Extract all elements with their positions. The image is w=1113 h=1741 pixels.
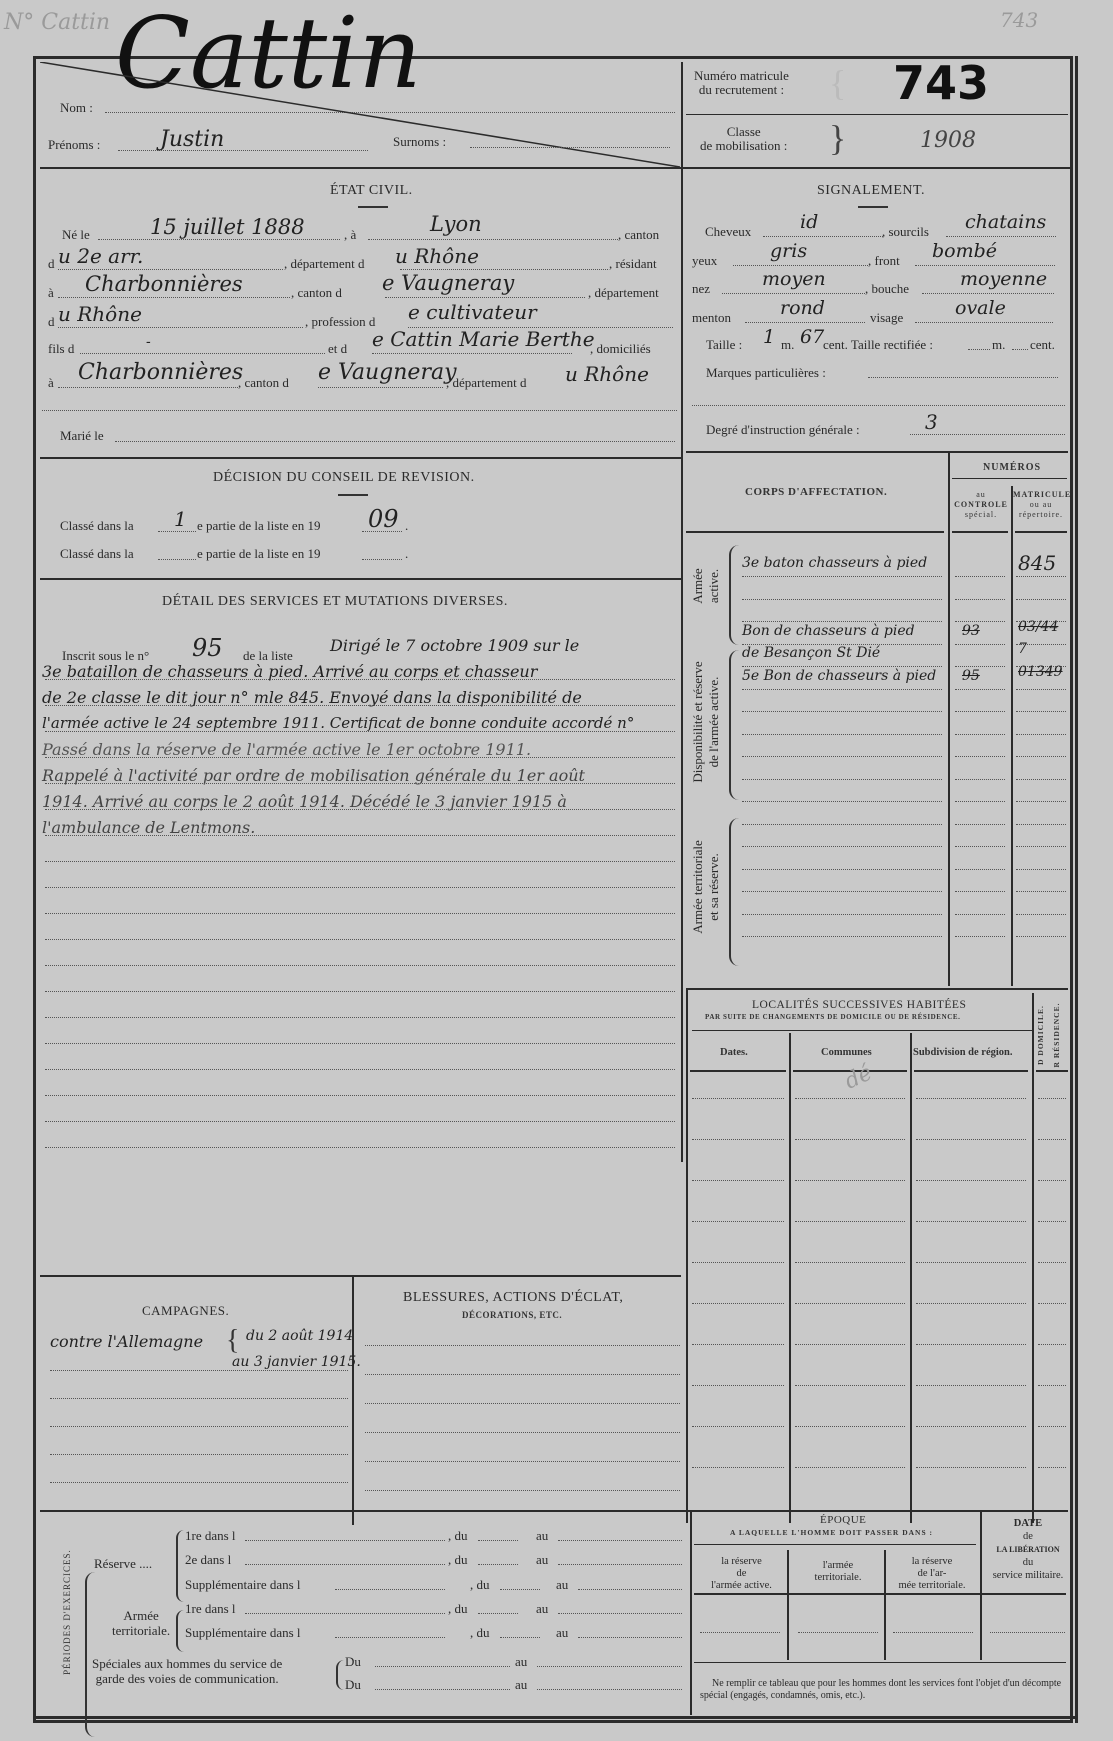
periodes-lieu-field[interactable] <box>335 1637 445 1638</box>
classe-value: 1908 <box>920 128 976 153</box>
margin-note-left: N° Cattin <box>4 10 110 35</box>
localites-subtitle: PAR SUITE DE CHANGEMENTS DE DOMICILE OU … <box>705 1013 961 1021</box>
periodes-lieu-field[interactable] <box>245 1540 445 1541</box>
prenoms-label: Prénoms : <box>48 137 100 153</box>
periodes-row-label: 1re dans l <box>185 1601 236 1617</box>
periodes-lieu-field[interactable] <box>375 1666 510 1667</box>
corps-value: Bon de chasseurs à pied <box>742 623 915 639</box>
epoque-col-reserve-active: la réservedel'armée active. <box>694 1556 789 1592</box>
services-title: DÉTAIL DES SERVICES ET MUTATIONS DIVERSE… <box>162 594 508 610</box>
localites-col-subdivision: Subdivision de région. <box>913 1047 1013 1058</box>
surnoms-label: Surnoms : <box>393 134 446 150</box>
periodes-lieu-field[interactable] <box>335 1589 445 1590</box>
localites-side-r: R RÉSIDENCE. <box>1052 1000 1061 1070</box>
decision-title: DÉCISION DU CONSEIL DE REVISION. <box>213 470 475 486</box>
corps-value: de Besançon St Dié <box>742 645 880 661</box>
periodes-du-field[interactable] <box>500 1637 540 1638</box>
periodes-row-label: 1re dans l <box>185 1528 236 1544</box>
periodes-au-field[interactable] <box>558 1564 682 1565</box>
periodes-du-field[interactable] <box>500 1589 540 1590</box>
periodes-au-field[interactable] <box>537 1666 682 1667</box>
instruction-label: Degré d'instruction générale : <box>706 422 860 438</box>
periodes-du-field[interactable] <box>478 1613 518 1614</box>
periodes-row-label: Supplémentaire dans l <box>185 1625 301 1641</box>
nom-strike <box>40 62 680 177</box>
periodes-row-label: Supplémentaire dans l <box>185 1577 301 1593</box>
matricule-value: 7 <box>1018 641 1027 657</box>
periodes-lieu-field[interactable] <box>245 1613 445 1614</box>
matricule-value: 03/44 <box>1018 619 1058 635</box>
etat-civil-title: ÉTAT CIVIL. <box>330 183 413 199</box>
numeros-title: NUMÉROS <box>983 462 1041 473</box>
localites-title: LOCALITÉS SUCCESSIVES HABITÉES <box>752 999 966 1011</box>
speciales-label: Spéciales aux hommes du service degarde … <box>92 1656 282 1686</box>
margin-note-right: 743 <box>1000 8 1038 32</box>
group-label-armee-active: Arméeactive. <box>690 536 722 636</box>
reserve-label: Réserve .... <box>94 1556 152 1572</box>
periodes-du-field[interactable] <box>478 1540 518 1541</box>
matricule-value: 743 <box>893 56 989 110</box>
blessures-title: BLESSURES, ACTIONS D'ÉCLAT, <box>403 1290 623 1306</box>
inscrit-value: 95 <box>192 634 223 662</box>
periodes-au-field[interactable] <box>537 1689 682 1690</box>
instruction-value: 3 <box>925 410 938 434</box>
date-liberation-header: DATEdeLA LIBÉRATIONduservice militaire. <box>984 1517 1072 1582</box>
periodes-side-label: PÉRIODES D'EXERCICES. <box>62 1512 72 1712</box>
periodes-lieu-field[interactable] <box>375 1689 510 1690</box>
group-label-territoriale: Armée territorialeet sa réserve. <box>690 812 722 962</box>
periodes-au-field[interactable] <box>558 1540 682 1541</box>
periodes-row-label: 2e dans l <box>185 1552 231 1568</box>
controle-value: 95 <box>962 668 980 684</box>
epoque-subtitle: A LAQUELLE L'HOMME DOIT PASSER DANS : <box>730 1528 933 1537</box>
col-matricule-header: MATRICULEou aurépertoire. <box>1013 490 1069 520</box>
matricule-value: 845 <box>1018 551 1056 575</box>
territoriale-label: Arméeterritoriale. <box>112 1608 170 1638</box>
periodes-au-field[interactable] <box>558 1613 682 1614</box>
matricule-label: Numéro matriculedu recrutement : <box>694 69 789 97</box>
corps-value: 3e baton chasseurs à pied <box>742 555 927 571</box>
epoque-col-territoriale: l'arméeterritoriale. <box>792 1560 884 1584</box>
periodes-au-field[interactable] <box>578 1637 682 1638</box>
marie-label: Marié le <box>60 428 104 444</box>
epoque-col-reserve-territoriale: la réservede l'ar-mée territoriale. <box>886 1556 978 1592</box>
col-controle-header: auCONTROLEspécial. <box>952 490 1010 520</box>
controle-value: 93 <box>962 623 980 639</box>
localites-side-d: D DOMICILE. <box>1036 1000 1045 1070</box>
group-label-disponibilite: Disponibilité et réservede l'armée activ… <box>690 642 722 802</box>
blessures-subtitle: DÉCORATIONS, ETC. <box>462 1310 562 1320</box>
corps-value: 5e Bon de chasseurs à pied <box>742 668 936 684</box>
periodes-row-label: Du <box>345 1677 361 1693</box>
main-column-divider <box>681 62 683 1162</box>
periodes-row-label: Du <box>345 1654 361 1670</box>
campagnes-title: CAMPAGNES. <box>142 1303 229 1319</box>
record-frame <box>33 56 1073 1723</box>
services-line: Dirigé le 7 octobre 1909 sur le <box>330 636 579 655</box>
epoque-note: Ne remplir ce tableau que pour les homme… <box>700 1678 1070 1702</box>
periodes-du-field[interactable] <box>478 1564 518 1565</box>
periodes-au-field[interactable] <box>578 1589 682 1590</box>
classe-label: Classede mobilisation : <box>700 125 787 153</box>
signalement-title: SIGNALEMENT. <box>817 183 925 199</box>
localites-col-communes: Communes <box>821 1047 872 1058</box>
frame-right-shadow <box>1075 56 1078 1723</box>
services-line: l'armée active le 24 septembre 1911. Cer… <box>42 714 634 732</box>
localites-col-dates: Dates. <box>720 1047 748 1058</box>
matricule-value: 01349 <box>1018 664 1063 680</box>
epoque-title: ÉPOQUE <box>820 1514 866 1526</box>
prenoms-value: Justin <box>160 127 224 152</box>
affectation-title: CORPS D'AFFECTATION. <box>745 486 887 498</box>
periodes-lieu-field[interactable] <box>245 1564 445 1565</box>
marques-label: Marques particulières : <box>706 365 826 381</box>
